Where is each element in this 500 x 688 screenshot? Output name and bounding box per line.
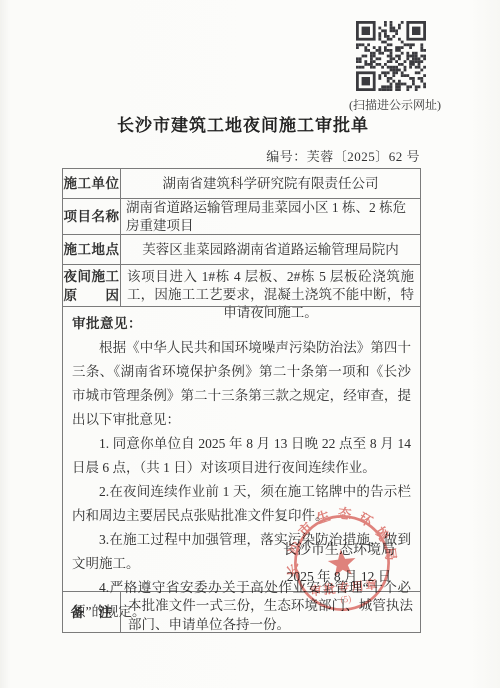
signature-date: 2025 年 8 月 12 日	[259, 564, 419, 590]
form-label-project-name: 项目名称	[63, 198, 121, 234]
label-text: 项目名称	[64, 207, 120, 226]
approval-opinion-cell: 审批意见： 根据《中华人民共和国环境噪声污染防治法》第四十三条、《湖南省环境保护…	[63, 306, 420, 591]
approval-item-1: 1. 同意你单位自 2025 年 8 月 13 日晚 22 点至 8 月 14 …	[72, 432, 411, 480]
label-text: 施工地点	[64, 240, 120, 259]
doc-number-label: 编号：	[266, 149, 307, 164]
form-value-construction-site: 芙蓉区韭菜园路湖南省道路运输管理局院内	[121, 234, 420, 264]
approval-paragraph: 根据《中华人民共和国环境噪声污染防治法》第四十三条、《湖南省环境保护条例》第二十…	[72, 336, 411, 432]
form-value-project-name: 湖南省道路运输管理局韭菜园小区 1 栋、2 栋危房重建项目	[121, 198, 420, 234]
approval-item-2: 2.在夜间连续作业前 1 天，须在施工铭牌中的告示栏内和周边主要居民点张贴批准文…	[72, 480, 411, 528]
form-label-construction-site: 施工地点	[63, 234, 121, 264]
approval-form-table: 施工单位 湖南省建筑科学研究院有限责任公司 项目名称 湖南省道路运输管理局韭菜园…	[62, 168, 421, 633]
label-text-line2: 原 因	[64, 286, 120, 305]
doc-number: 编号：芙蓉〔2025〕62 号	[266, 146, 420, 165]
qr-code	[356, 21, 426, 91]
qr-code-pattern	[356, 21, 426, 91]
scanned-approval-document: (扫描进公示网址) 长沙市建筑工地夜间施工审批单 编号：芙蓉〔2025〕62 号…	[0, 0, 500, 688]
label-text: 施工单位	[64, 174, 120, 193]
doc-number-value: 芙蓉〔2025〕62 号	[307, 149, 420, 164]
form-value-construction-unit: 湖南省建筑科学研究院有限责任公司	[121, 169, 420, 198]
approval-heading: 审批意见：	[72, 312, 411, 336]
form-label-construction-unit: 施工单位	[63, 169, 121, 198]
form-value-night-work-reason: 该项目进入 1#栋 4 层板、2#栋 5 层板砼浇筑施工，因施工工艺要求，混凝土…	[121, 264, 420, 306]
signature-organization: 长沙市生态环境局	[259, 538, 419, 564]
form-label-night-work-reason: 夜间施工 原 因	[63, 264, 121, 306]
signature-block: 长沙市生态环境局 2025 年 8 月 12 日	[259, 538, 419, 590]
label-text-line1: 夜间施工	[64, 267, 120, 286]
page-title: 长沙市建筑工地夜间施工审批单	[0, 111, 486, 136]
